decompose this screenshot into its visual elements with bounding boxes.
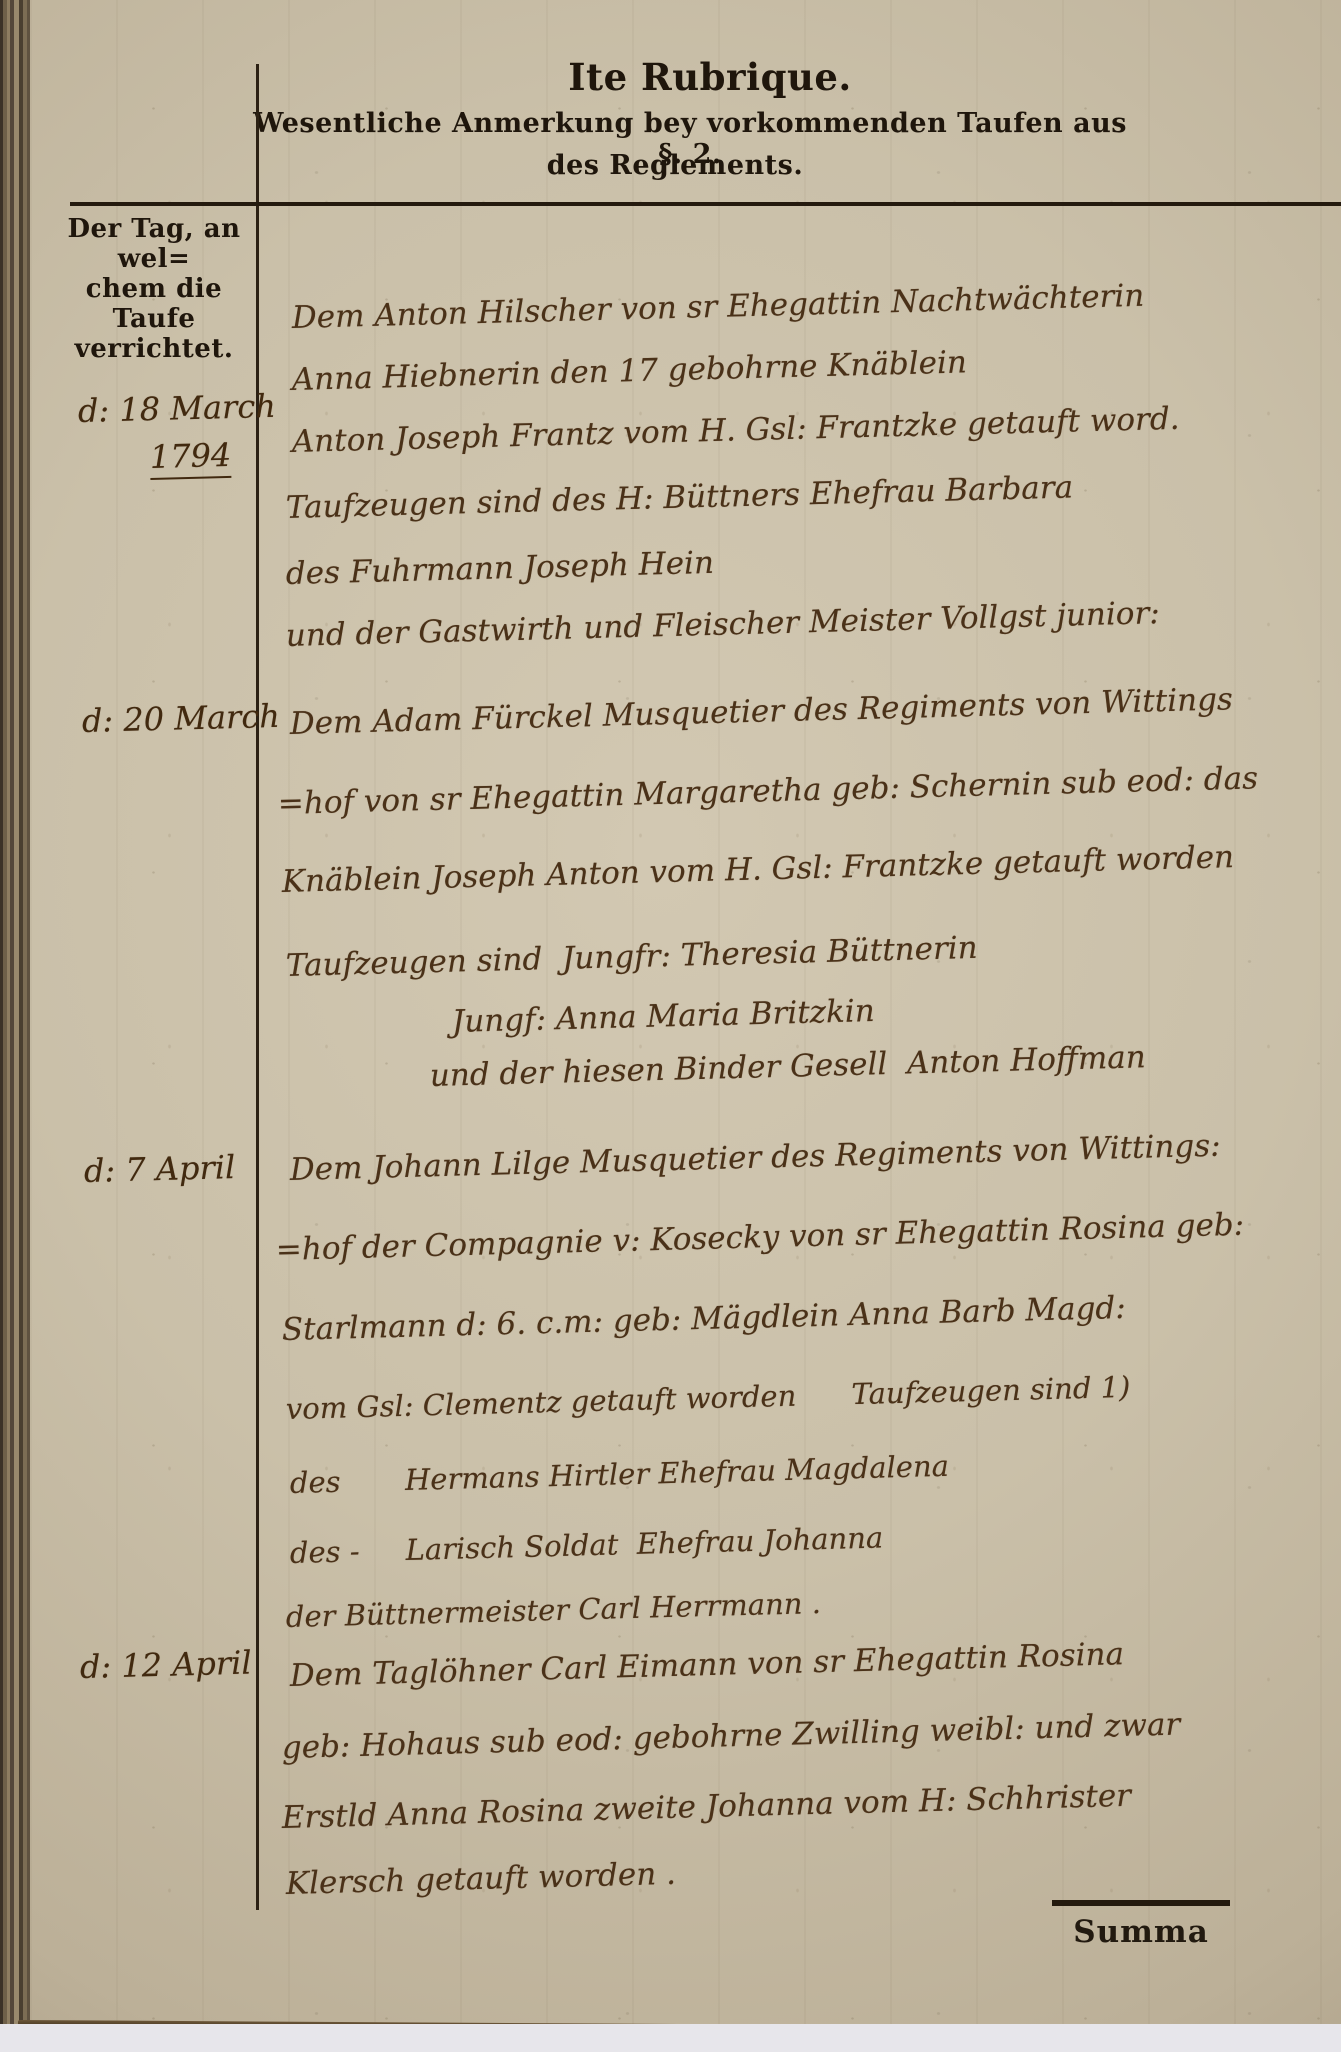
entry-year: 1794	[149, 436, 232, 480]
entry-date: d: 12 April	[79, 1644, 252, 1686]
book-binding-edge	[0, 0, 30, 2052]
column-divider-rule	[256, 64, 259, 1910]
scanned-register-page: Ite Rubrique. Wesentliche Anmerkung bey …	[0, 0, 1341, 2052]
date-column-heading-line2: chem die Taufe	[58, 274, 250, 334]
entry-date: d: 7 April	[83, 1148, 235, 1190]
summa-label: Summa	[1052, 1914, 1230, 1950]
summa-rule	[1052, 1900, 1230, 1906]
scanner-background	[0, 2024, 1341, 2052]
entry-date: d: 18 March	[77, 387, 276, 430]
header-rule	[70, 202, 1341, 206]
date-column-heading-line3: verrichtet.	[58, 334, 250, 364]
date-column-heading: Der Tag, an wel= chem die Taufe verricht…	[58, 214, 250, 364]
page-title: Ite Rubrique.	[500, 55, 920, 99]
date-column-heading-line1: Der Tag, an wel=	[58, 214, 250, 274]
page-subtitle-line2: des Reglements.	[250, 150, 1100, 181]
entry-date: d: 20 March	[81, 697, 280, 740]
